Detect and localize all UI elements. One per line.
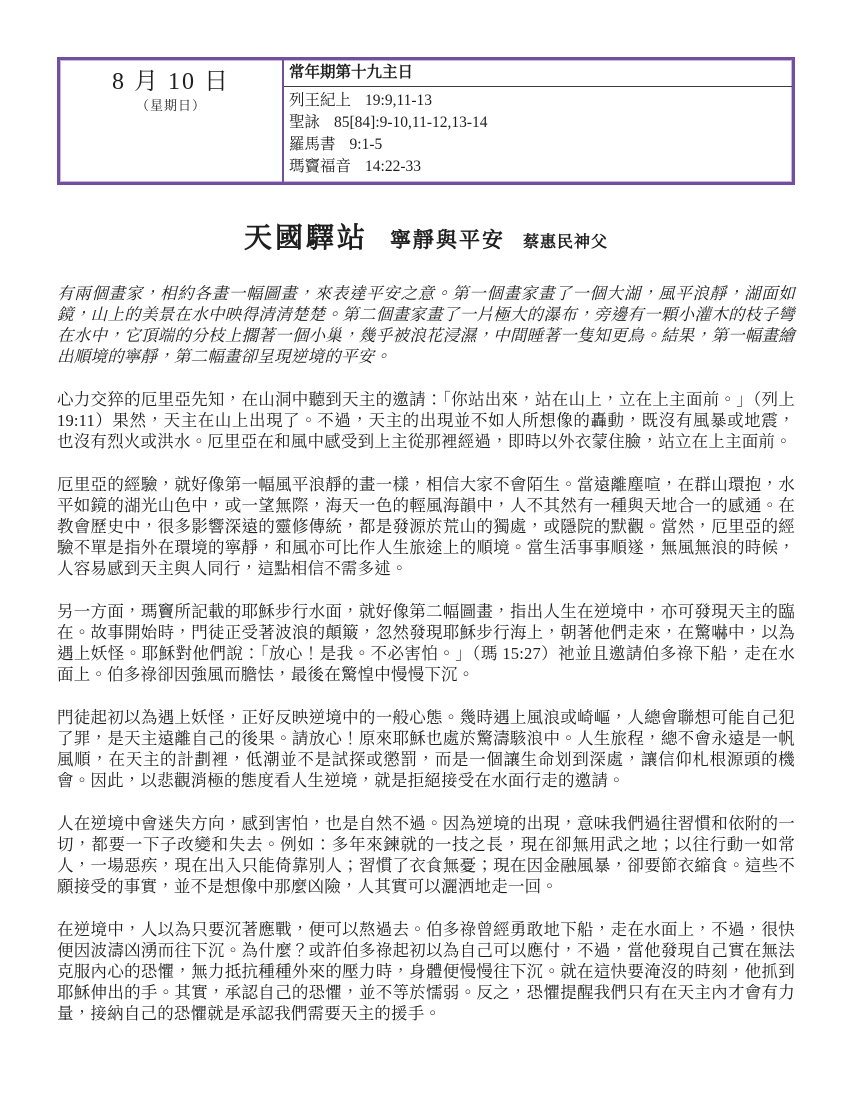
- reading-ref: 19:9,11-13: [365, 92, 432, 109]
- feast-cell: 常年期第十九主日 列王紀上19:9,11-13 聖詠85[84]:9-10,11…: [284, 60, 792, 182]
- season-title: 常年期第十九主日: [284, 60, 792, 87]
- reading-ref: 85[84]:9-10,11-12,13-14: [334, 114, 488, 131]
- weekday-text: （星期日）: [60, 97, 282, 115]
- reading-row: 羅馬書9:1-5: [289, 134, 788, 156]
- paragraph-elijah-experience: 厄里亞的經驗，就好像第一幅風平浪靜的畫一樣，相信大家不會陌生。當遠離塵喧，在群山…: [57, 474, 795, 579]
- article-subtitle: 寧靜與平安: [390, 228, 505, 252]
- reading-ref: 14:22-33: [365, 158, 421, 175]
- reading-row: 聖詠85[84]:9-10,11-12,13-14: [289, 112, 788, 134]
- article-body: 有兩個畫家，相約各畫一幅圖畫，來表達平安之意。第一個畫家畫了一個大湖，風平浪靜，…: [57, 283, 795, 1024]
- reading-book: 聖詠: [289, 114, 320, 131]
- readings-list: 列王紀上19:9,11-13 聖詠85[84]:9-10,11-12,13-14…: [284, 87, 792, 182]
- date-cell: 8 月 10 日 （星期日）: [60, 60, 284, 182]
- reading-book: 列王紀上: [289, 92, 351, 109]
- reading-row: 瑪竇福音14:22-33: [289, 156, 788, 178]
- article-title-row: 天國驛站寧靜與平安蔡惠民神父: [57, 216, 795, 256]
- liturgical-calendar-table: 8 月 10 日 （星期日） 常年期第十九主日 列王紀上19:9,11-13 聖…: [57, 57, 795, 185]
- reading-book: 瑪竇福音: [289, 158, 351, 175]
- reading-book: 羅馬書: [289, 136, 336, 153]
- article-author: 蔡惠民神父: [523, 234, 608, 251]
- paragraph-losing-direction: 人在逆境中會迷失方向，感到害怕，也是自然不過。因為逆境的出現，意味我們過往習慣和…: [57, 813, 795, 897]
- paragraph-walking-on-water: 另一方面，瑪竇所記載的耶穌步行水面，就好像第二幅圖畫，指出人生在逆境中，亦可發現…: [57, 601, 795, 685]
- reading-ref: 9:1-5: [350, 136, 383, 153]
- reading-row: 列王紀上19:9,11-13: [289, 90, 788, 112]
- paragraph-fear-and-grace: 在逆境中，人以為只要沉著應戰，便可以熬過去。伯多祿曾經勇敢地下船，走在水面上，不…: [57, 919, 795, 1024]
- paragraph-disciples-mindset: 門徒起初以為遇上妖怪，正好反映逆境中的一般心態。幾時遇上風浪或崎嶇，人總會聯想可…: [57, 707, 795, 791]
- paragraph-elijah: 心力交猝的厄里亞先知，在山洞中聽到天主的邀請：「你站出來，站在山上，立在上主面前…: [57, 389, 795, 452]
- article-title: 天國驛站: [244, 223, 368, 254]
- paragraph-intro-story: 有兩個畫家，相約各畫一幅圖畫，來表達平安之意。第一個畫家畫了一個大湖，風平浪靜，…: [57, 283, 795, 367]
- document-page: 8 月 10 日 （星期日） 常年期第十九主日 列王紀上19:9,11-13 聖…: [0, 0, 850, 1100]
- date-text: 8 月 10 日: [60, 67, 282, 97]
